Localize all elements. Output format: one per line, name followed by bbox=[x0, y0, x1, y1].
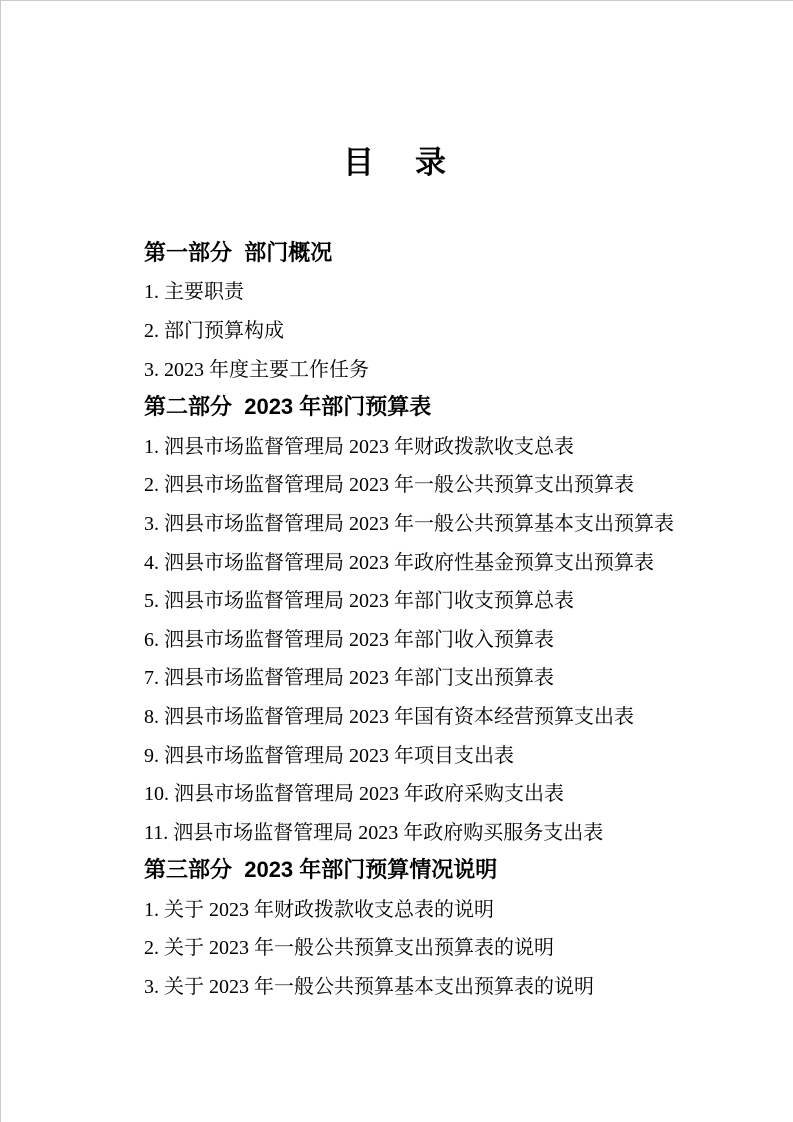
toc-item: 1. 主要职责 bbox=[144, 271, 704, 310]
toc-item: 9. 泗县市场监督管理局 2023 年项目支出表 bbox=[144, 734, 704, 773]
document-page: 目 录 第一部分 部门概况 1. 主要职责 2. 部门预算构成 3. 2023 … bbox=[0, 0, 793, 1122]
toc-item: 3. 泗县市场监督管理局 2023 年一般公共预算基本支出预算表 bbox=[144, 502, 704, 541]
toc-item: 2. 关于 2023 年一般公共预算支出预算表的说明 bbox=[144, 927, 704, 966]
toc-item: 3. 2023 年度主要工作任务 bbox=[144, 348, 704, 387]
toc-item: 1. 泗县市场监督管理局 2023 年财政拨款收支总表 bbox=[144, 425, 704, 464]
toc-item: 10. 泗县市场监督管理局 2023 年政府采购支出表 bbox=[144, 772, 704, 811]
toc-item: 1. 关于 2023 年财政拨款收支总表的说明 bbox=[144, 888, 704, 927]
section-heading-part-2: 第二部分 2023 年部门预算表 bbox=[144, 386, 704, 425]
section-heading-part-1: 第一部分 部门概况 bbox=[144, 232, 704, 271]
toc-item: 5. 泗县市场监督管理局 2023 年部门收支预算总表 bbox=[144, 579, 704, 618]
section-heading-part-3: 第三部分 2023 年部门预算情况说明 bbox=[144, 850, 704, 889]
page-title: 目 录 bbox=[1, 141, 793, 185]
table-of-contents: 第一部分 部门概况 1. 主要职责 2. 部门预算构成 3. 2023 年度主要… bbox=[144, 232, 704, 1004]
toc-item: 4. 泗县市场监督管理局 2023 年政府性基金预算支出预算表 bbox=[144, 541, 704, 580]
toc-item: 8. 泗县市场监督管理局 2023 年国有资本经营预算支出表 bbox=[144, 695, 704, 734]
toc-item: 2. 泗县市场监督管理局 2023 年一般公共预算支出预算表 bbox=[144, 464, 704, 503]
toc-item: 7. 泗县市场监督管理局 2023 年部门支出预算表 bbox=[144, 657, 704, 696]
toc-item: 11. 泗县市场监督管理局 2023 年政府购买服务支出表 bbox=[144, 811, 704, 850]
toc-item: 2. 部门预算构成 bbox=[144, 309, 704, 348]
toc-item: 3. 关于 2023 年一般公共预算基本支出预算表的说明 bbox=[144, 965, 704, 1004]
toc-item: 6. 泗县市场监督管理局 2023 年部门收入预算表 bbox=[144, 618, 704, 657]
